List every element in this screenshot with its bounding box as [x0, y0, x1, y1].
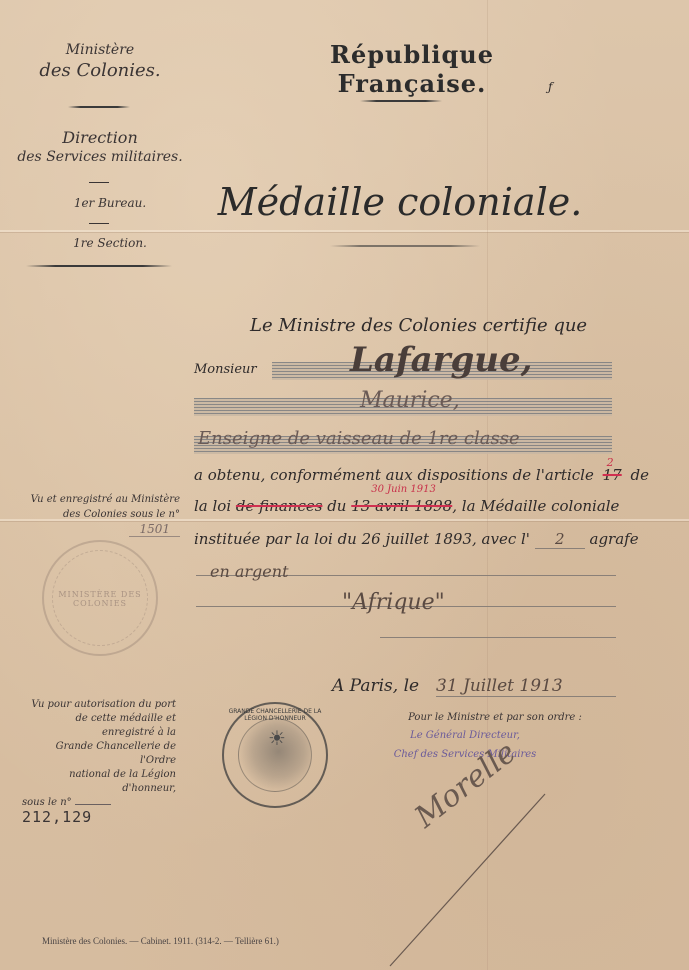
obtained-end: de: [631, 466, 649, 484]
registration-line1: Vu et enregistré au Ministère: [30, 492, 180, 507]
obtained-line: a obtenu, conformément aux dispositions …: [194, 466, 634, 484]
date-struck: 13 avril 1898: [351, 497, 452, 515]
monsieur-label: Monsieur: [194, 362, 257, 377]
ministry-line2: des Colonies.: [20, 60, 180, 81]
date-correction: 30 Juin 1913: [371, 484, 436, 495]
paper-fold-line: [0, 230, 689, 232]
metal-field: en argent: [210, 562, 289, 581]
authorization-line5: sous le n° 212,129: [22, 796, 176, 827]
divider: [89, 223, 109, 224]
law-du: du: [327, 497, 346, 515]
certificate-intro: Le Ministre des Colonies certifie que: [250, 315, 630, 336]
title-line1: Le Général Directeur,: [360, 730, 570, 741]
ministry-line1: Ministère: [20, 42, 180, 58]
republic-title: République Française.: [262, 40, 562, 98]
agrafe-label: agrafe: [590, 530, 639, 548]
document-title: Médaille coloniale.: [200, 180, 600, 224]
ministry-header: Ministère des Colonies.: [20, 42, 180, 81]
stamp-text: MINISTÈRE DES COLONIES: [44, 590, 156, 608]
ornamental-rule: [330, 245, 480, 247]
clasp-name-field: "Afrique": [342, 590, 445, 615]
figure-icon: ☀: [268, 726, 286, 750]
ornamental-rule: [26, 265, 172, 267]
direction-line2: des Services militaires.: [10, 149, 190, 165]
legion-number: 212,129: [22, 808, 92, 826]
law-end: , la Médaille coloniale: [452, 497, 619, 515]
direction-line1: Direction: [10, 128, 190, 147]
place-label: A Paris, le: [332, 676, 419, 696]
ornamental-rule: [360, 100, 442, 102]
agrafe-number: 2: [555, 530, 565, 548]
ministry-stamp: MINISTÈRE DES COLONIES: [42, 540, 158, 656]
authorization-line3: Grande Chancellerie de l'Ordre: [22, 740, 176, 768]
signature-date: 31 Juillet 1913: [436, 676, 616, 697]
law-struck: de finances: [236, 497, 323, 515]
order-line: Pour le Ministre et par son ordre :: [360, 712, 630, 723]
authorization-line4: national de la Légion d'honneur,: [22, 768, 176, 796]
authorization-block: Vu pour autorisation du port de cette mé…: [22, 698, 176, 827]
registration-line2: des Colonies sous le n° 1501: [30, 507, 180, 538]
seal-text: GRANDE CHANCELLERIE DE LA LÉGION D'HONNE…: [224, 708, 326, 722]
section-label: 1re Section.: [20, 236, 200, 250]
surname-field: Lafargue,: [350, 340, 532, 380]
authorization-line2: de cette médaille et enregistré à la: [22, 712, 176, 740]
title-line2: Chef des Services Militaires: [360, 749, 570, 760]
law-start: la loi: [194, 497, 231, 515]
blank-line: [380, 637, 616, 638]
divider: [89, 182, 109, 183]
given-name-field: Maurice,: [360, 388, 460, 413]
registration-block: Vu et enregistré au Ministère des Coloni…: [30, 492, 180, 538]
direction-header: Direction des Services militaires.: [10, 128, 190, 165]
article-correction: 2: [607, 456, 614, 469]
instituted-line: instituée par la loi du 26 juillet 1893,…: [194, 530, 634, 549]
rank-field: Enseigne de vaisseau de 1re classe: [198, 428, 520, 449]
printer-imprint: Ministère des Colonies. — Cabinet. 1911.…: [42, 936, 279, 946]
ink-mark: ƒ: [548, 80, 552, 94]
signature-flourish: [380, 790, 550, 970]
instituted-text: instituée par la loi du 26 juillet 1893,…: [194, 530, 530, 548]
legion-honneur-seal: GRANDE CHANCELLERIE DE LA LÉGION D'HONNE…: [222, 702, 328, 808]
bureau-label: 1er Bureau.: [20, 196, 200, 210]
ornamental-rule: [68, 106, 130, 108]
authorization-line1: Vu pour autorisation du port: [22, 698, 176, 712]
law-line: la loi de finances du 13 avril 1898 30 J…: [194, 497, 634, 515]
obtained-text: a obtenu, conformément aux dispositions …: [194, 466, 594, 484]
registration-number: 1501: [129, 522, 180, 537]
